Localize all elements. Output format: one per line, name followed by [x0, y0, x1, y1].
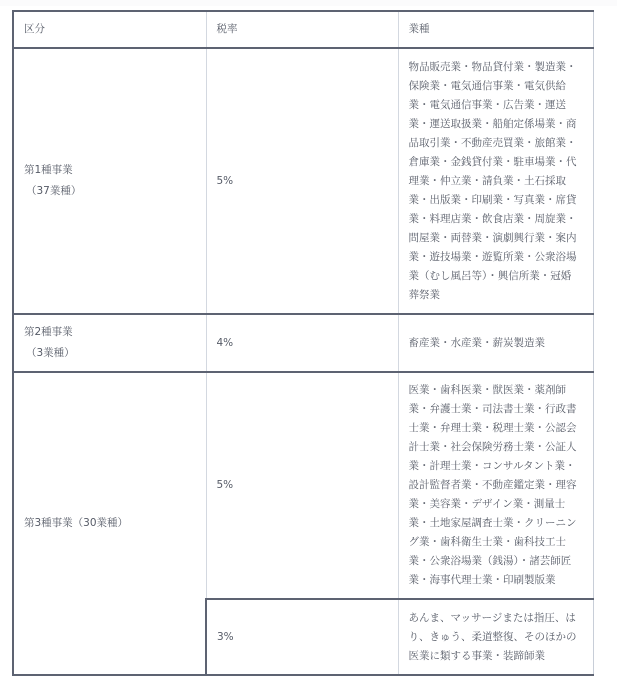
header-rate: 税率	[206, 11, 398, 48]
category-count: （3業種）	[24, 343, 196, 364]
category-cell: 第2種事業 （3業種）	[13, 314, 206, 372]
category-name: 第3種事業（30業種）	[24, 517, 128, 529]
rate-cell: 3%	[206, 599, 398, 675]
business-tax-rate-table: 区分 税率 業種 第1種事業 （37業種） 5% 物品販売業・物品貸付業・製造業…	[12, 10, 594, 676]
industries-cell: 物品販売業・物品貸付業・製造業・保険業・電気通信事業・電気供給業・電気通信事業・…	[398, 48, 593, 314]
rate-cell: 5%	[206, 372, 398, 599]
category-name: 第1種事業	[24, 164, 73, 176]
category-cell: 第1種事業 （37業種）	[13, 48, 206, 314]
category-count: （37業種）	[24, 181, 196, 202]
industries-cell: あんま、マッサージまたは指圧、はり、きゅう、柔道整復、そのほかの医業に類する事業…	[398, 599, 593, 675]
table-header-row: 区分 税率 業種	[13, 11, 593, 48]
rate-cell: 4%	[206, 314, 398, 372]
industries-cell: 医業・歯科医業・獣医業・薬剤師業・弁護士業・司法書士業・行政書士業・弁理士業・税…	[398, 372, 593, 599]
table-row: 第3種事業（30業種） 5% 医業・歯科医業・獣医業・薬剤師業・弁護士業・司法書…	[13, 372, 593, 599]
header-industries: 業種	[398, 11, 593, 48]
header-category: 区分	[13, 11, 206, 48]
table-row: 第2種事業 （3業種） 4% 畜産業・水産業・薪炭製造業	[13, 314, 593, 372]
table-row: 第1種事業 （37業種） 5% 物品販売業・物品貸付業・製造業・保険業・電気通信…	[13, 48, 593, 314]
category-cell: 第3種事業（30業種）	[13, 372, 206, 675]
industries-cell: 畜産業・水産業・薪炭製造業	[398, 314, 593, 372]
page-top-strip	[0, 0, 617, 6]
rate-cell: 5%	[206, 48, 398, 314]
category-name: 第2種事業	[24, 326, 73, 338]
